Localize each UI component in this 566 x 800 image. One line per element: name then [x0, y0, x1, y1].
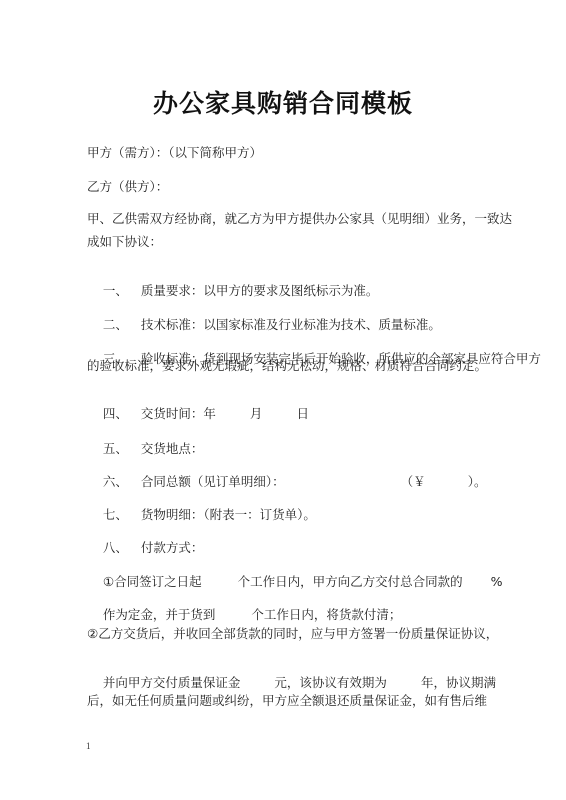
month-label: 月	[250, 406, 263, 421]
clause-number: 六、	[103, 474, 141, 490]
payment-text: ①合同签订之日起	[103, 574, 202, 589]
clause-text: 合同总额（见订单明细）：	[141, 474, 285, 489]
clause-text: 技术标准：以国家标准及行业标准为技术、质量标准。	[141, 317, 441, 332]
payment-text: 个工作日内，甲方向乙方交付总合同款的	[238, 574, 463, 589]
preamble-line-2: 成如下协议：	[87, 234, 162, 250]
payment-text: 年，协议期满	[421, 675, 496, 690]
clause-number: 四、	[103, 406, 141, 422]
clause-text: 质量要求：以甲方的要求及图纸标示为准。	[141, 283, 379, 298]
clause-number: 一、	[103, 283, 141, 299]
payment-text: 作为定金，并于货到	[103, 607, 216, 622]
preamble-line-1: 甲、乙供需双方经协商，就乙方为甲方提供办公家具（见明细）业务，一致达	[87, 211, 512, 227]
clause-number: 八、	[103, 540, 141, 556]
amount-close: ）。	[468, 474, 487, 489]
clause-text: 付款方式：	[141, 540, 204, 555]
amount-open: （￥	[401, 474, 426, 489]
clause-number: 五、	[103, 441, 141, 457]
clause-text: 交货地点：	[141, 441, 204, 456]
clause-3-continuation: 的验收标准，要求外观无瑕疵，结构无松动，规格、材质符合合同约定。	[87, 358, 487, 374]
day-label: 日	[296, 406, 309, 421]
percent-sign: %	[491, 574, 503, 589]
payment-text: 元，该协议有效期为	[274, 675, 387, 690]
payment-text: 并向甲方交付质量保证金	[103, 675, 241, 690]
party-b-line: 乙方（供方）：	[87, 179, 168, 195]
document-page: 办公家具购销合同模板 甲方（需方）：（以下简称甲方） 乙方（供方）： 甲、乙供需…	[0, 0, 566, 800]
clause-number: 七、	[103, 507, 141, 523]
clause-number: 二、	[103, 317, 141, 333]
party-a-line: 甲方（需方）：（以下简称甲方）	[87, 145, 262, 161]
payment-item-2: ②乙方交货后，并收回全部货款的同时，应与甲方签署一份质量保证协议，	[87, 626, 498, 642]
payment-text: 个工作日内，将货款付清；	[251, 607, 401, 622]
clause-text: 货物明细：（附表一：订货单）。	[141, 507, 316, 522]
clause-text: 交货时间：年	[141, 406, 216, 421]
payment-item-2-line-3: 后，如无任何质量问题或纠纷，甲方应全额退还质量保证金，如有售后维	[87, 693, 487, 709]
document-title: 办公家具购销合同模板	[0, 84, 566, 120]
page-number: 1	[86, 741, 91, 751]
